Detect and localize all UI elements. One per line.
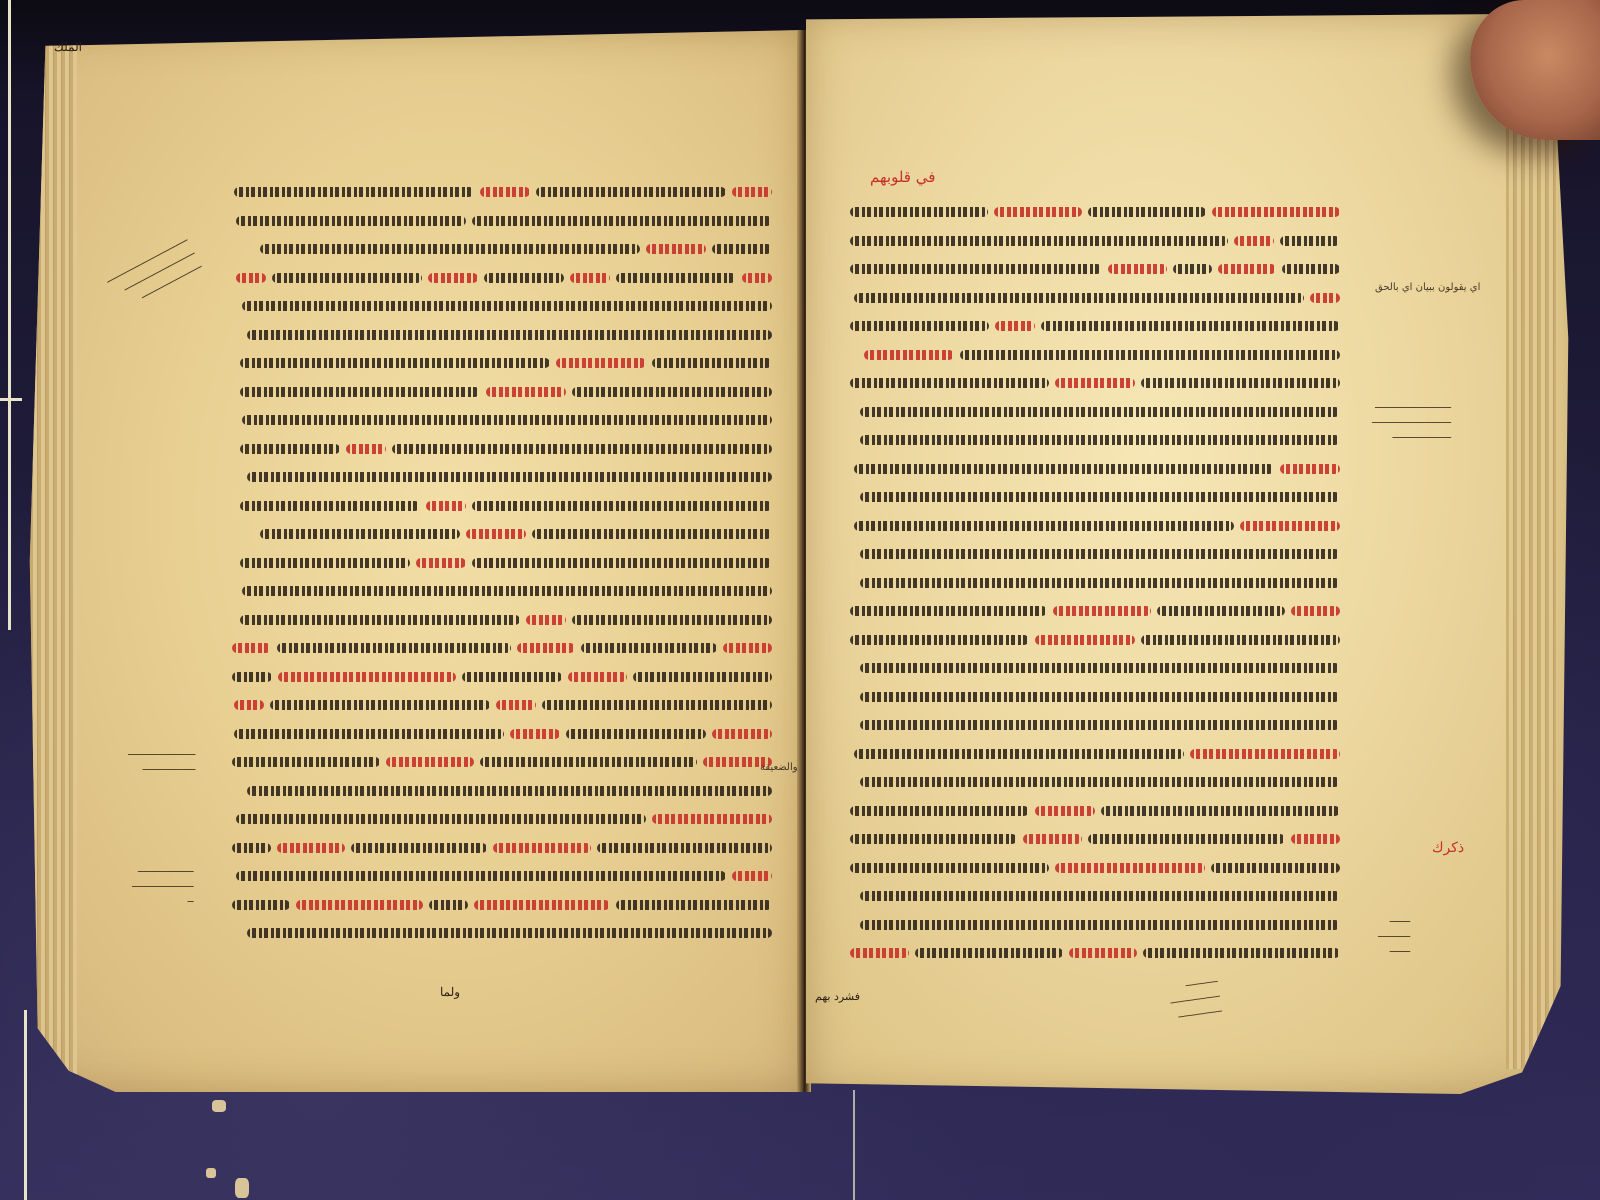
text-line [232, 406, 772, 435]
right-margin-note-lower: ـــــــــــــــــــــــــ [1378, 912, 1410, 957]
text-line [850, 540, 1340, 569]
right-catchword: فشرد بهم [815, 990, 860, 1003]
paper-scrap [206, 1168, 216, 1178]
text-line [232, 178, 772, 207]
right-margin-note-middle: ــــــــــــــــــــــــــــــــــــــــ… [1372, 398, 1451, 443]
text-line [850, 455, 1340, 484]
ruler-edge-right [853, 1090, 855, 1200]
gutter-margin-note: والضعيفة [760, 760, 798, 775]
text-line [850, 369, 1340, 398]
text-line [232, 748, 772, 777]
paper-scrap [235, 1178, 249, 1198]
text-line [850, 654, 1340, 683]
left-top-corner-note: الملك [54, 40, 82, 54]
text-line [850, 255, 1340, 284]
text-line [850, 198, 1340, 227]
ruler-edge-vertical [8, 0, 11, 630]
text-line [232, 891, 772, 920]
text-line [232, 549, 772, 578]
text-line [232, 492, 772, 521]
text-line [232, 862, 772, 891]
text-line [232, 235, 772, 264]
text-line [850, 569, 1340, 598]
text-line [232, 691, 772, 720]
text-line [850, 911, 1340, 940]
text-line [232, 463, 772, 492]
text-line [850, 683, 1340, 712]
text-line [232, 663, 772, 692]
text-line [232, 349, 772, 378]
left-text-block [232, 178, 772, 948]
text-line [850, 512, 1340, 541]
text-line [850, 882, 1340, 911]
text-line [232, 378, 772, 407]
text-line [850, 797, 1340, 826]
left-margin-note-lower-2: ــــــــــــــــــــــــــــــــــــــــ… [132, 862, 194, 907]
text-line [232, 321, 772, 350]
text-line [232, 834, 772, 863]
left-margin-note-lower-1: ــــــــــــــــــــــــــــــــــــــــ… [128, 745, 195, 775]
text-line [850, 740, 1340, 769]
text-line [850, 483, 1340, 512]
text-line [850, 312, 1340, 341]
text-line [850, 597, 1340, 626]
text-line [232, 577, 772, 606]
text-line [850, 854, 1340, 883]
text-line [850, 398, 1340, 427]
paper-scrap [212, 1100, 226, 1112]
text-line [232, 919, 772, 948]
right-margin-note-upper: اي يقولون ببيان اي بالحق [1375, 280, 1480, 295]
text-line [850, 768, 1340, 797]
text-line [850, 426, 1340, 455]
text-line [850, 939, 1340, 968]
text-line [232, 435, 772, 464]
text-line [232, 805, 772, 834]
right-heading-rubric: في قلوبهم [870, 168, 935, 186]
text-line [232, 777, 772, 806]
text-line [232, 292, 772, 321]
text-line [232, 264, 772, 293]
text-line [232, 520, 772, 549]
text-line [232, 720, 772, 749]
text-line [850, 284, 1340, 313]
text-line [232, 634, 772, 663]
text-line [850, 711, 1340, 740]
right-page-edges [1506, 54, 1556, 1069]
text-line [850, 341, 1340, 370]
text-line [850, 825, 1340, 854]
text-line [232, 606, 772, 635]
right-text-block [850, 198, 1340, 968]
ruler-edge-vertical-lower [24, 1010, 27, 1200]
text-line [850, 626, 1340, 655]
text-line [232, 207, 772, 236]
ruler-edge-tick [0, 398, 22, 401]
right-margin-rubric: ذكرك [1432, 840, 1464, 856]
text-line [850, 227, 1340, 256]
right-below-text-note: ــــــــــــــــــــــــــــــــــــــــ… [1167, 972, 1223, 1023]
left-catchword: ولما [440, 985, 460, 999]
